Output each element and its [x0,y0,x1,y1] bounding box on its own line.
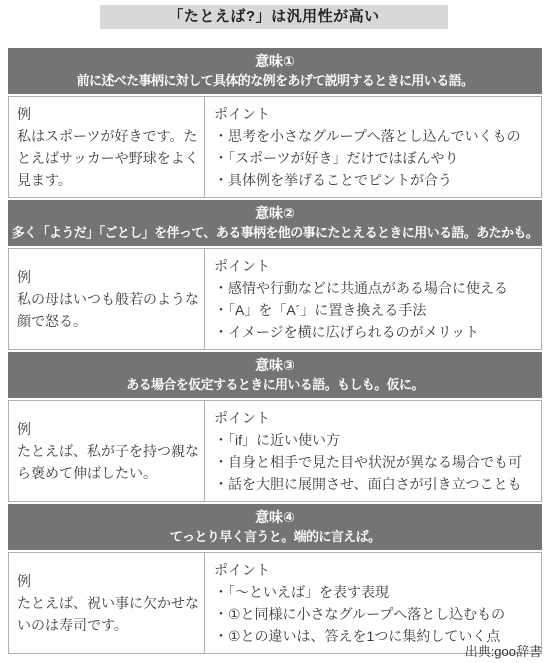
section-header: 意味② 多く「ようだ」「ごとし」を伴って、ある事柄を他の事にたとえるときに用いる… [8,200,542,246]
example-cell: 例 私はスポーツが好きです。たとえばサッカーや野球をよく見ます。 [9,97,205,197]
points-cell: ポイント ・思考を小さなグループへ落とし込んでいくもの ・「スポーツが好き」だけ… [205,97,541,197]
section-heading: 意味① [10,51,540,71]
example-cell: 例 たとえば、私が子を持つ親なら褒めて伸ばしたい。 [9,401,205,501]
point-item: ・「〜といえば」を表す表現 [214,581,537,603]
example-label: 例 [17,103,199,125]
point-item: ・「スポーツが好き」だけではぼんやり [214,147,537,169]
section-heading: 意味③ [10,355,540,375]
example-text: たとえば、祝い事に欠かせないのは寿司です。 [17,592,199,636]
section-body: 例 たとえば、私が子を持つ親なら褒めて伸ばしたい。 ポイント ・「if」に近い使… [8,400,542,502]
section-definition: ある場合を仮定するときに用いる語。もしも。仮に。 [10,375,540,395]
section-body: 例 私はスポーツが好きです。たとえばサッカーや野球をよく見ます。 ポイント ・思… [8,96,542,198]
point-item: ・「if」に近い使い方 [214,429,537,451]
section-heading: 意味② [10,203,540,223]
points-label: ポイント [214,407,537,429]
meanings-table: 意味① 前に述べた事柄に対して具体的な例をあげて説明するときに用いる語。 例 私… [8,48,542,656]
point-item: ・①と同様に小さなグループへ落とし込むもの [214,603,537,625]
point-item: ・自身と相手で見た目や状況が異なる場合でも可 [214,451,537,473]
example-cell: 例 たとえば、祝い事に欠かせないのは寿司です。 [9,553,205,653]
section-header: 意味④ てっとり早く言うと。端的に言えば。 [8,504,542,550]
point-item: ・「A」を「A´」に置き換える手法 [214,299,537,321]
source-credit: 出典:goo辞書 [465,641,542,660]
meaning-section-2: 意味② 多く「ようだ」「ごとし」を伴って、ある事柄を他の事にたとえるときに用いる… [8,200,542,350]
meaning-section-4: 意味④ てっとり早く言うと。端的に言えば。 例 たとえば、祝い事に欠かせないのは… [8,504,542,654]
example-text: 私はスポーツが好きです。たとえばサッカーや野球をよく見ます。 [17,125,199,191]
section-definition: 前に述べた事柄に対して具体的な例をあげて説明するときに用いる語。 [10,71,540,91]
page-title: 「たとえば?」は汎用性が高い [100,5,448,29]
section-definition: てっとり早く言うと。端的に言えば。 [10,527,540,547]
meaning-section-3: 意味③ ある場合を仮定するときに用いる語。もしも。仮に。 例 たとえば、私が子を… [8,352,542,502]
point-item: ・感情や行動などに共通点がある場合に使える [214,277,537,299]
point-item: ・話を大胆に展開させ、面白さが引き立つことも [214,473,537,495]
point-item: ・イメージを横に広げられるのがメリット [214,321,537,343]
example-text: たとえば、私が子を持つ親なら褒めて伸ばしたい。 [17,440,199,484]
point-item: ・具体例を挙げることでピントが合う [214,169,537,191]
section-header: 意味③ ある場合を仮定するときに用いる語。もしも。仮に。 [8,352,542,398]
section-heading: 意味④ [10,507,540,527]
section-header: 意味① 前に述べた事柄に対して具体的な例をあげて説明するときに用いる語。 [8,48,542,94]
points-label: ポイント [214,255,537,277]
meaning-section-1: 意味① 前に述べた事柄に対して具体的な例をあげて説明するときに用いる語。 例 私… [8,48,542,198]
points-cell: ポイント ・「〜といえば」を表す表現 ・①と同様に小さなグループへ落とし込むもの… [205,553,541,653]
points-label: ポイント [214,103,537,125]
example-label: 例 [17,418,199,440]
points-cell: ポイント ・「if」に近い使い方 ・自身と相手で見た目や状況が異なる場合でも可 … [205,401,541,501]
points-cell: ポイント ・感情や行動などに共通点がある場合に使える ・「A」を「A´」に置き換… [205,249,541,349]
section-definition: 多く「ようだ」「ごとし」を伴って、ある事柄を他の事にたとえるときに用いる語。あた… [10,223,540,243]
example-label: 例 [17,266,199,288]
section-body: 例 私の母はいつも般若のような顔で怒る。 ポイント ・感情や行動などに共通点があ… [8,248,542,350]
example-label: 例 [17,570,199,592]
example-cell: 例 私の母はいつも般若のような顔で怒る。 [9,249,205,349]
example-text: 私の母はいつも般若のような顔で怒る。 [17,288,199,332]
point-item: ・思考を小さなグループへ落とし込んでいくもの [214,125,537,147]
points-label: ポイント [214,559,537,581]
section-body: 例 たとえば、祝い事に欠かせないのは寿司です。 ポイント ・「〜といえば」を表す… [8,552,542,654]
page: 「たとえば?」は汎用性が高い 意味① 前に述べた事柄に対して具体的な例をあげて説… [0,0,550,663]
